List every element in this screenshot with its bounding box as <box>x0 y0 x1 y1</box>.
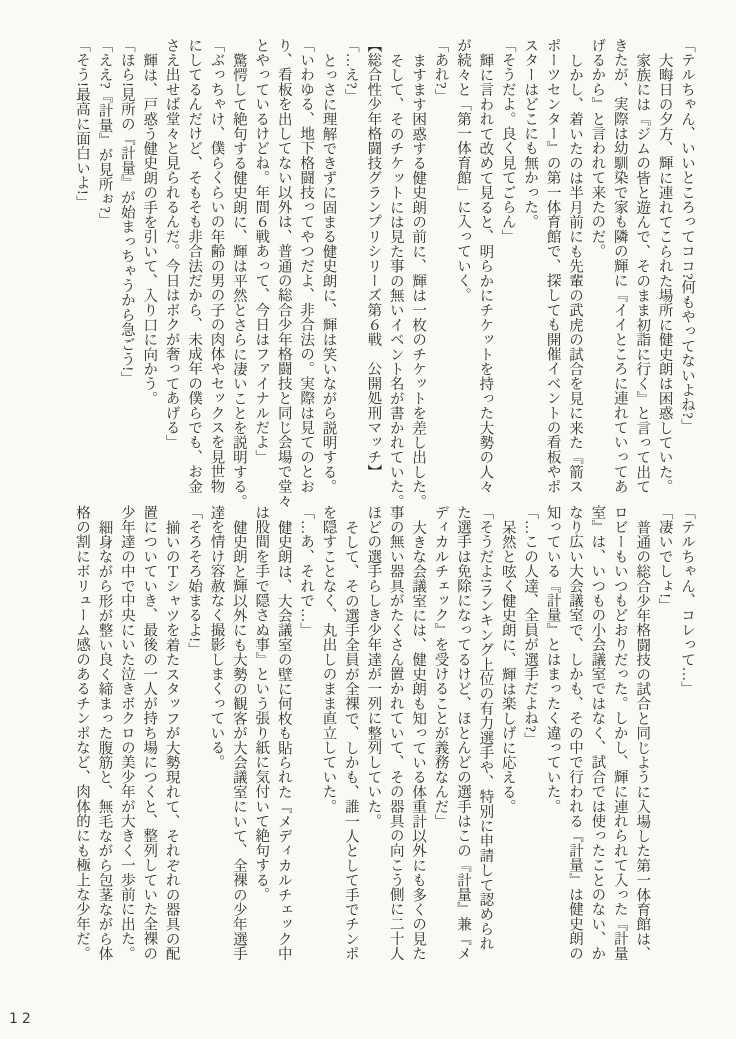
text-line: そして、その選手全員が全裸で、しかも、誰一人として手でチンポ <box>340 505 362 979</box>
text-line: にしてるんだけど、そもそも非合法だから、未成年の僕らでも、お金 <box>183 38 205 512</box>
text-line: た選手は免除になってるけど、ほとんどの選手はこの『計量』兼『メ <box>452 505 474 979</box>
text-line: 輝は、戸惑う健史朗の手を引いて、入り口に向かう。 <box>138 38 160 512</box>
text-line: は股間を手で隠さぬ事』という張り紙に気付いて絶句する。 <box>250 505 272 979</box>
text-line: そして、そのチケットには見た事の無いイベント名が書かれていた。 <box>384 38 406 512</box>
text-line: 「そうだよ!ランキング上位の有力選手や、特別に申請して認められ <box>474 505 496 979</box>
text-line: 「ぶっちゃけ、僕らくらいの年齢の男の子の肉体やセックスを見世物 <box>205 38 227 512</box>
text-line: げるから』と言われて来たのだ。 <box>586 38 608 512</box>
text-block-bottom: 「テルちゃん、コレって…」「凄いでしょ!」普通の総合少年格闘技の試合と同じように… <box>71 505 698 979</box>
text-line: きたが、実際は幼馴染で家も隣の輝に『イイところに連れていってあ <box>608 38 630 512</box>
text-line: なり広い大会議室で、しかも、その中で行われる『計量』は健史朗の <box>564 505 586 979</box>
text-line: ほどの選手らしき少年達が一列に整列していた。 <box>362 505 384 979</box>
text-line: 「テルちゃん、コレって…」 <box>676 505 698 979</box>
text-line: 健史朗と輝以外にも大勢の観客が大会議室にいて、全裸の少年選手 <box>227 505 249 979</box>
text-line: り、看板を出してない以外は、普通の総合少年格闘技と同じ会場で堂々 <box>272 38 294 512</box>
text-line: スターはどこにも無かった。 <box>519 38 541 512</box>
page-number: 12 <box>9 1011 35 1027</box>
text-line: 「凄いでしょ!」 <box>653 505 675 979</box>
text-line: 普通の総合少年格闘技の試合と同じように入場した第一体育館は、 <box>631 505 653 979</box>
text-line: ポーツセンター』の第一体育館で、探しても開催イベントの看板やポ <box>541 38 563 512</box>
text-line: 大晦日の夕方、輝に連れてこられた場所に健史朗は困惑していた。 <box>653 38 675 512</box>
text-line: 格の割にボリューム感のあるチンポなど、肉体的にも極上な少年だ。 <box>71 505 93 979</box>
scanned-novel-page: 「テルちゃん、いいところってココ?何もやってないよね?」大晦日の夕方、輝に連れて… <box>0 0 736 1039</box>
text-line: 「…あ、それで…」 <box>295 505 317 979</box>
text-line: 「テルちゃん、いいところってココ?何もやってないよね?」 <box>676 38 698 512</box>
text-line: ディカルチェック』を受けることが義務なんだ」 <box>429 505 451 979</box>
text-line: 「いわゆる、地下格闘技ってやつだよ、非合法の。実際は見てのとお <box>295 38 317 512</box>
text-line: ますます困惑する健史朗の前に、輝は一枚のチケットを差し出した。 <box>407 38 429 512</box>
text-line: 大きな会議室には、健史朗も知っている体重計以外にも多くの見た <box>407 505 429 979</box>
text-line: 置についていき、最後の一人が持ち場につくと、整列していた全裸の <box>138 505 160 979</box>
text-line: 「そろそろ始まるよ!」 <box>183 505 205 979</box>
text-line: 細身ながら形が整い良く締まった腹筋と、無毛ながら包茎ながら体 <box>93 505 115 979</box>
text-line: とやっているけどね。年間６戦あって、今日はファイナルだよ」 <box>250 38 272 512</box>
text-line: を隠すことなく、丸出しのまま直立していた。 <box>317 505 339 979</box>
text-block-top: 「テルちゃん、いいところってココ?何もやってないよね?」大晦日の夕方、輝に連れて… <box>71 38 698 512</box>
text-line: 「あれ?」 <box>429 38 451 512</box>
text-line: 「…この人達、全員が選手だよね?」 <box>519 505 541 979</box>
text-line: しかし、着いたのは半月前にも先輩の武虎の試合を見に来た『箭ス <box>564 38 586 512</box>
text-line: 呆然と呟く健史朗に、輝は楽しげに応える。 <box>496 505 518 979</box>
text-line: 知っている『計量』とはまったく違っていた。 <box>541 505 563 979</box>
text-line: 「そうだよ。良く見てごらん」 <box>496 38 518 512</box>
text-line: が続々と「第一体育館」に入っていく。 <box>452 38 474 512</box>
text-line: 室』は、いつもの小会議室ではなく、試合では使ったことのない、か <box>586 505 608 979</box>
text-line: 「…え?」 <box>340 38 362 512</box>
text-line: 少年達の中で中央にいた泣きボクロの美少年が大きく一歩前に出た。 <box>115 505 137 979</box>
text-line: 達を情け容赦なく撮影しまくっている。 <box>205 505 227 979</box>
text-line: 「ほら!見所の『計量』が始まっちゃうから急ごう!」 <box>115 38 137 512</box>
text-line: 家族には『ジムの皆と遊んで、そのまま初詣に行く』と言って出て <box>631 38 653 512</box>
text-line: ロビーもいつもどおりだった。しかし、輝に連れられて入った『計量 <box>608 505 630 979</box>
text-line: 揃いのＴシャツを着たスタッフが大勢現れて、それぞれの器具の配 <box>160 505 182 979</box>
text-line: 「ええ?『計量』が見所ぉ?」 <box>93 38 115 512</box>
text-line: 健史朗は、大会議室の壁に何枚も貼られた『メディカルチェック中 <box>272 505 294 979</box>
text-line: 驚愕して絶句する健史朗に、輝は平然とさらに凄いことを説明する。 <box>227 38 249 512</box>
text-line: 事の無い器具がたくさん置かれていて、その器具の向こう側に二十人 <box>384 505 406 979</box>
text-line: 輝に言われて改めて見ると、明らかにチケットを持った大勢の人々 <box>474 38 496 512</box>
text-line: とっさに理解できずに固まる健史朗に、輝は笑いながら説明する。 <box>317 38 339 512</box>
text-line: 【総合性少年格闘技グランプリシリーズ第６戦 公開処刑マッチ】 <box>362 38 384 512</box>
text-line: 「そう!最高に面白いよ!」 <box>71 38 93 512</box>
text-line: さえ出せば堂々と見られるんだ。今日はボクが奢ってあげる」 <box>160 38 182 512</box>
